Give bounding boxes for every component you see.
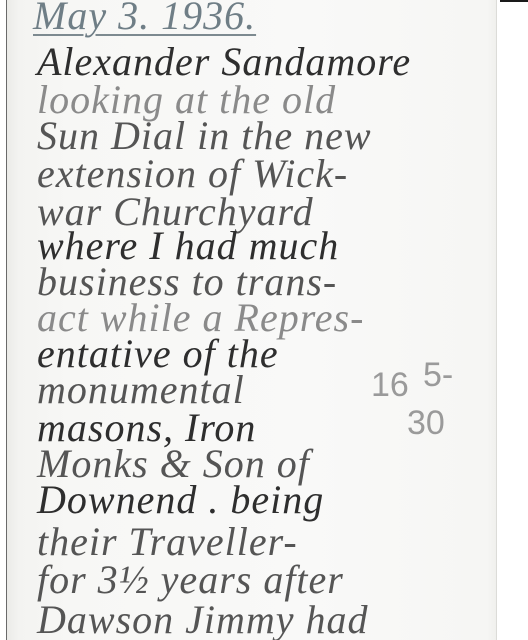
paper-sheet: May 3. 1936. Alexander Sandamore looking… xyxy=(6,0,497,640)
margin-note-30: 30 xyxy=(407,404,445,443)
margin-note-16: 16 xyxy=(371,366,409,405)
scanned-page: May 3. 1936. Alexander Sandamore looking… xyxy=(0,0,528,640)
margin-note-5: 5- xyxy=(423,356,453,395)
handwritten-line-16: Dawson Jimmy had xyxy=(37,596,369,640)
date-heading: May 3. 1936. xyxy=(33,0,256,39)
handwritten-line-13: Downend . being xyxy=(37,476,324,523)
scan-edge-bar xyxy=(500,0,528,2)
date-text: May 3. 1936. xyxy=(33,0,256,38)
